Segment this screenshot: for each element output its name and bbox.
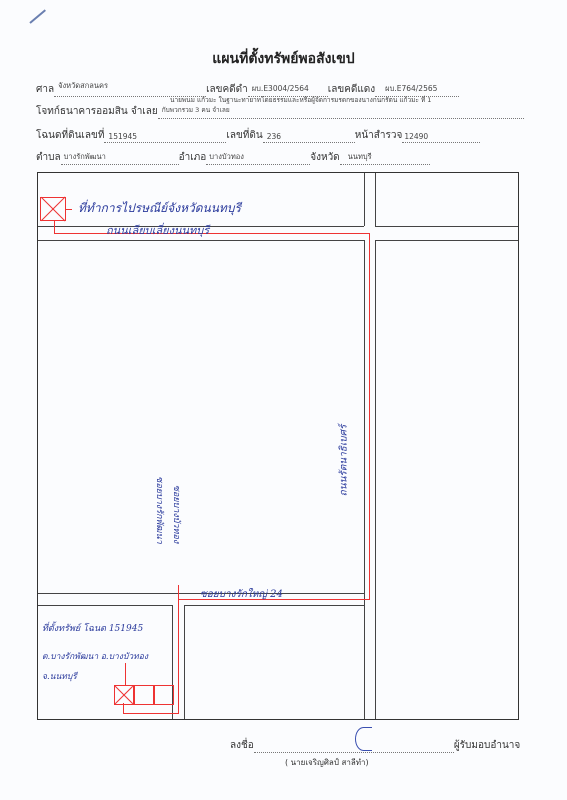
signature-field [254,741,454,753]
black-case-value: ผบ.E3004/2564 [252,83,309,95]
center-road-label-1: ซอยบางรักพัฒนา [153,476,167,544]
property-note-2: ต.บางรักพัฒนา อ.บางบัวทอง [42,649,148,663]
deed-field: 151945 [104,131,226,143]
survey-label: หน้าสำรวจ [355,128,403,143]
district-value: บางบัวทอง [209,151,244,163]
top-road-label: ถนนเลียบเลี่ยงนนทบุรี [106,221,209,239]
route-right [369,233,370,599]
province-value: นนทบุรี [348,151,372,163]
survey-field: 12490 [402,131,480,143]
top-road-lower-edge-left [38,240,364,241]
plaintiff-label: โจทก์ธนาคารออมสิน จำเลย [36,104,158,119]
top-road-upper-edge-right [375,226,518,227]
signer-role: ผู้รับมอบอำนาจ [454,738,520,753]
property-note-1: ที่ตั้งทรัพย์ โฉนด 151945 [42,621,143,635]
route-down [178,585,179,713]
location-row: ตำบลบางรักพัฒนาอำเภอบางบัวทองจังหวัดนนทบ… [36,150,430,165]
document-title: แผนที่ตั้งทรัพย์พอสังเขป [0,48,567,70]
signature-line: ลงชื่อผู้รับมอบอำนาจ [230,738,520,753]
route-top [54,233,370,234]
landmark-marker-icon [40,197,66,221]
province-label: จังหวัด [310,150,339,165]
parties-row: โจทก์ธนาคารออมสิน จำเลยกับพวกรวม 3 คน จำ… [36,104,524,119]
location-map: ที่ทำการไปรษณีย์จังหวัดนนทบุรี ถนนเลียบเ… [37,172,519,720]
property-marker-icon [114,685,134,705]
property-note-3: จ.นนทบุรี [42,669,77,683]
right-road-label: ถนนรัตนาธิเบศร์ [336,425,351,497]
court-label: ศาล [36,82,54,97]
scan-mark [29,9,46,23]
document-page: แผนที่ตั้งทรัพย์พอสังเขป ศาลจังหวัดสกลนค… [0,0,567,800]
subdistrict-field: บางรักพัฒนา [61,153,179,165]
soi-label: ซอยบางรักใหญ่ 24 [200,587,283,602]
soi-lower-edge [184,605,364,606]
court-value: จังหวัดสกลนคร [58,80,108,92]
top-road-lower-edge-right [375,240,518,241]
province-field: นนทบุรี [340,153,430,165]
survey-value: 12490 [404,132,428,141]
signer-name: ( นายเจริญศิลป์ สาลีทำ) [285,756,369,769]
land-no-label: เลขที่ดิน [226,128,262,143]
right-road-right-edge [375,240,376,719]
center-road-label-2: ซอยบางบัวทอง [170,485,184,543]
red-case-value: ผบ.E764/2565 [385,83,437,95]
sign-label: ลงชื่อ [230,738,254,753]
subdistrict-label: ตำบล [36,150,61,165]
deed-value: 151945 [108,132,137,141]
right-road-left-edge [364,240,365,719]
deed-label: โฉนดที่ดินเลขที่ [36,128,104,143]
land-no-value: 236 [267,132,281,141]
landmark-label: ที่ทำการไปรษณีย์จังหวัดนนทบุรี [78,199,241,218]
district-label: อำเภอ [179,150,207,165]
defendant-field: กับพวกรวม 3 คน จำเลย [158,107,524,119]
deed-row: โฉนดที่ดินเลขที่151945เลขที่ดิน236หน้าสำ… [36,128,480,143]
district-field: บางบัวทอง [206,153,310,165]
defendant-line-2: กับพวกรวม 3 คน จำเลย [162,105,230,115]
land-no-field: 236 [263,131,355,143]
subdistrict-value: บางรักพัฒนา [64,151,106,163]
